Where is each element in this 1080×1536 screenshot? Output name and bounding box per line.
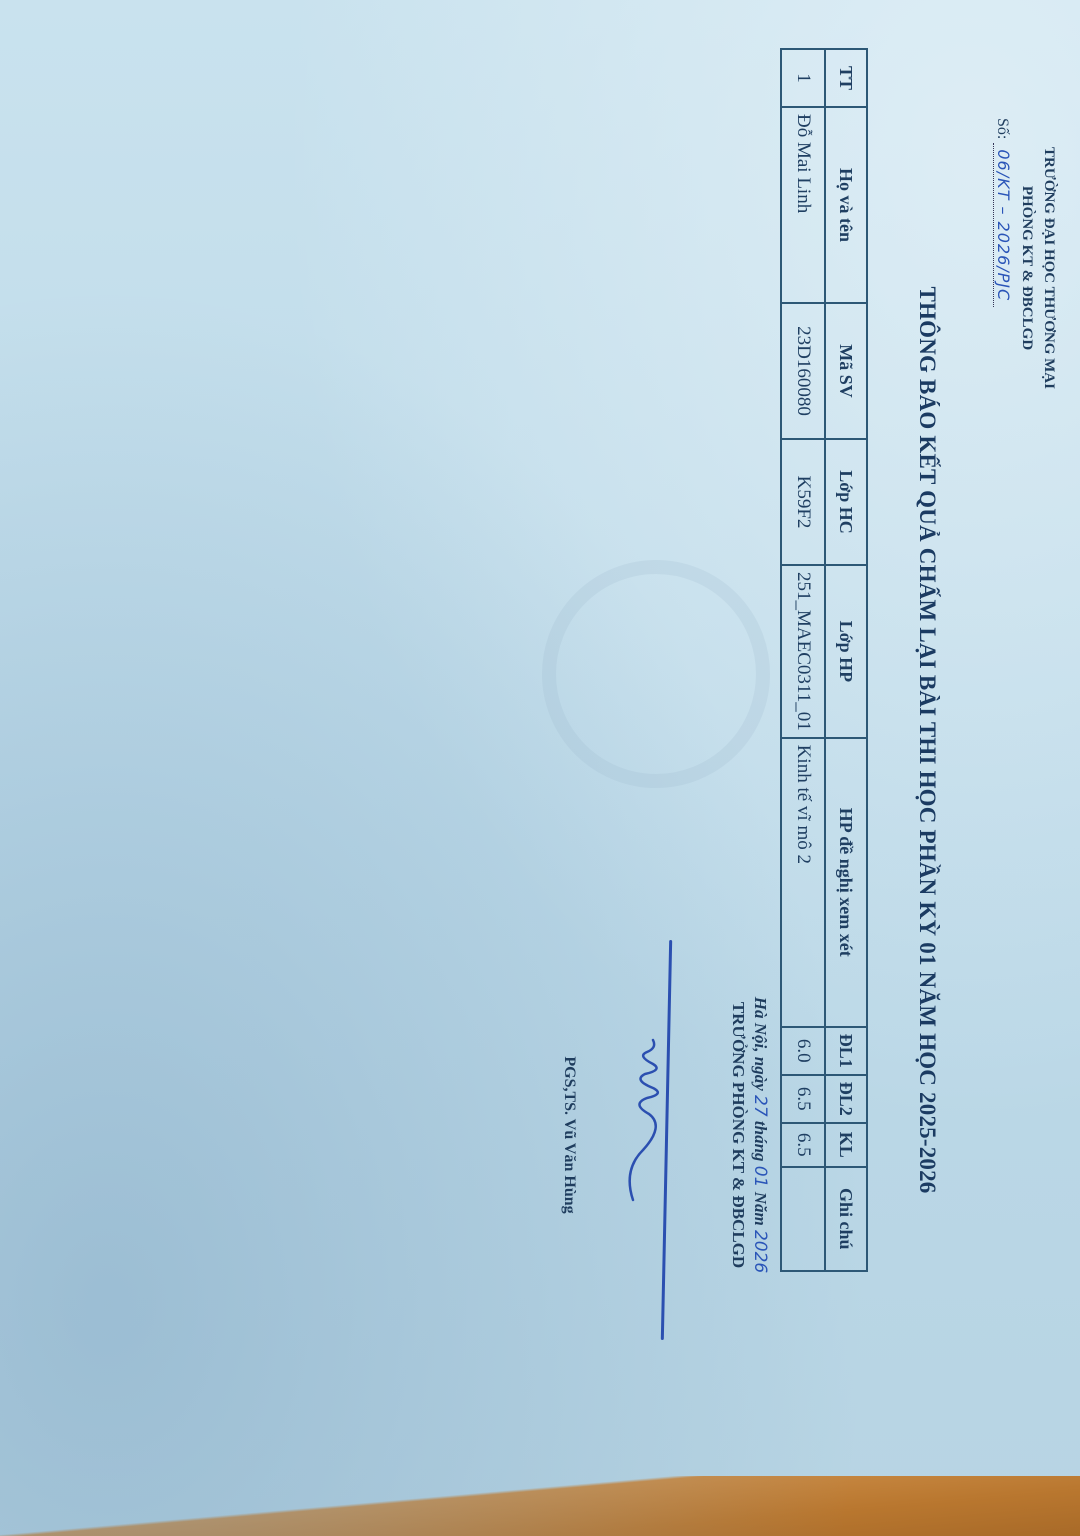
signature-area xyxy=(578,920,728,1350)
signature-block: Hà Nội, ngày 27 tháng 01 Năm 2026 TRƯỞNG… xyxy=(560,920,770,1350)
cell-course: Kinh tế vĩ mô 2 xyxy=(781,738,825,1027)
document-page: TRƯỜNG ĐẠI HỌC THƯƠNG MẠI PHÒNG KT & ĐBC… xyxy=(0,0,1080,1536)
cell-name: Đỗ Mai Linh xyxy=(781,107,825,303)
col-kl: KL xyxy=(825,1123,867,1167)
date-month: 01 xyxy=(750,1166,770,1188)
page-title: THÔNG BÁO KẾT QUẢ CHẤM LẠI BÀI THI HỌC P… xyxy=(914,230,940,1250)
document-number: Số: 06/KT – 2026/PJC xyxy=(991,118,1014,418)
col-course: HP đề nghị xem xét xyxy=(825,738,867,1027)
university-name: TRƯỜNG ĐẠI HỌC THƯƠNG MẠI xyxy=(1038,118,1060,418)
col-name: Họ và tên xyxy=(825,107,867,303)
col-note: Ghi chú xyxy=(825,1167,867,1271)
stamp-show-through xyxy=(542,560,770,788)
department-name: PHÒNG KT & ĐBCLGD xyxy=(1016,118,1038,418)
col-course-class: Lớp HP xyxy=(825,565,867,738)
col-dl2: ĐL2 xyxy=(825,1075,867,1123)
document-number-value: 06/KT – 2026/PJC xyxy=(993,143,1013,307)
col-tt: TT xyxy=(825,49,867,107)
col-student-id: Mã SV xyxy=(825,303,867,439)
cell-tt: 1 xyxy=(781,49,825,107)
results-table: TT Họ và tên Mã SV Lớp HC Lớp HP HP đề n… xyxy=(780,48,868,1272)
signing-date: Hà Nội, ngày 27 tháng 01 Năm 2026 xyxy=(750,920,770,1350)
table-header-row: TT Họ và tên Mã SV Lớp HC Lớp HP HP đề n… xyxy=(825,49,867,1271)
cell-course-class: 251_MAEC0311_01 xyxy=(781,565,825,738)
cell-note xyxy=(781,1167,825,1271)
signer-name: PGS,TS. Vũ Văn Hùng xyxy=(560,920,578,1350)
cell-admin-class: K59F2 xyxy=(781,439,825,565)
col-dl1: ĐL1 xyxy=(825,1027,867,1075)
signer-role: TRƯỞNG PHÒNG KT & ĐBCLGD xyxy=(728,920,748,1350)
date-year: 2026 xyxy=(750,1230,770,1273)
cell-dl2: 6.5 xyxy=(781,1075,825,1123)
col-admin-class: Lớp HC xyxy=(825,439,867,565)
document-number-label: Số: xyxy=(994,118,1011,139)
cell-dl1: 6.0 xyxy=(781,1027,825,1075)
handwritten-signature-icon xyxy=(603,1030,683,1210)
cell-kl: 6.5 xyxy=(781,1123,825,1167)
document-header: TRƯỜNG ĐẠI HỌC THƯƠNG MẠI PHÒNG KT & ĐBC… xyxy=(991,118,1060,418)
date-month-label: tháng xyxy=(751,1121,770,1162)
table-row: 1 Đỗ Mai Linh 23D160080 K59F2 251_MAEC03… xyxy=(781,49,825,1271)
date-day: 27 xyxy=(750,1095,770,1117)
date-prefix: Hà Nội, ngày xyxy=(751,997,770,1091)
date-year-label: Năm xyxy=(751,1192,770,1226)
cell-student-id: 23D160080 xyxy=(781,303,825,439)
